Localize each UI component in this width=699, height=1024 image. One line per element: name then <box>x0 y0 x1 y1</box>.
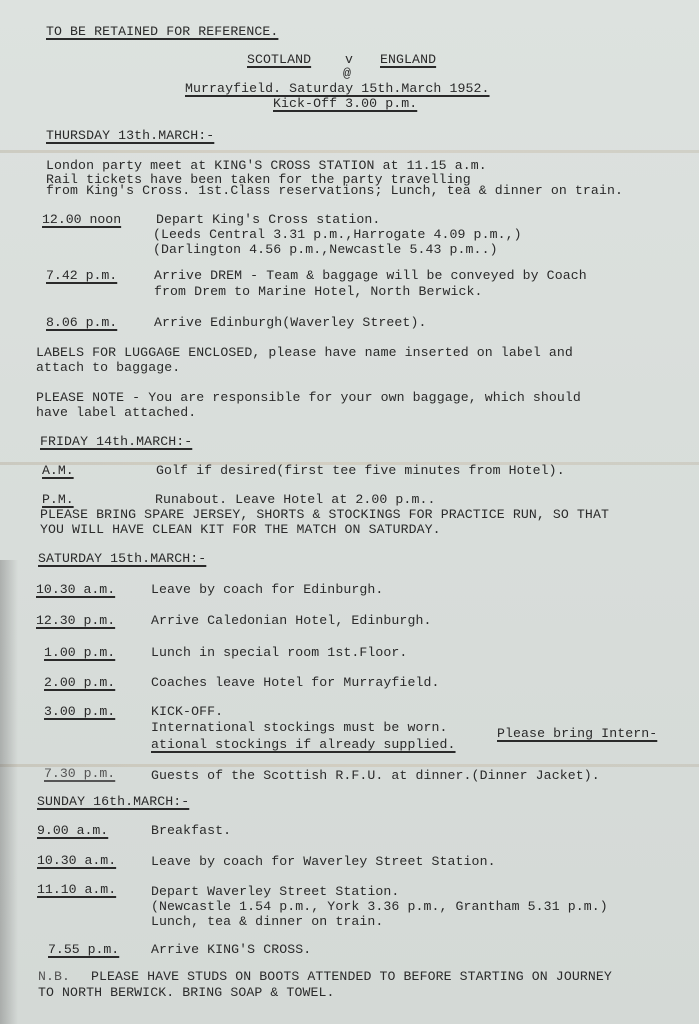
schedule-time: 7.55 p.m. <box>48 942 119 957</box>
team-home: SCOTLAND <box>247 52 311 67</box>
footer-note: PLEASE HAVE STUDS ON BOOTS ATTENDED TO B… <box>91 969 612 984</box>
day-heading-saturday: SATURDAY 15th.MARCH:- <box>38 551 206 566</box>
schedule-text: Runabout. Leave Hotel at 2.00 p.m.. <box>155 492 435 507</box>
luggage-labels-note: LABELS FOR LUGGAGE ENCLOSED, please have… <box>36 345 573 360</box>
retain-notice: TO BE RETAINED FOR REFERENCE. <box>46 24 278 39</box>
schedule-text: Lunch in special room 1st.Floor. <box>151 645 407 660</box>
schedule-text: (Darlington 4.56 p.m.,Newcastle 5.43 p.m… <box>153 242 498 257</box>
schedule-time: A.M. <box>42 463 74 478</box>
schedule-time: 3.00 p.m. <box>44 704 115 719</box>
baggage-note: PLEASE NOTE - You are responsible for yo… <box>36 390 581 405</box>
luggage-labels-note: attach to baggage. <box>36 360 180 375</box>
at-symbol: @ <box>343 66 351 81</box>
schedule-text: Leave by coach for Edinburgh. <box>151 582 383 597</box>
day-heading-thursday: THURSDAY 13th.MARCH:- <box>46 128 214 143</box>
typed-itinerary-document: TO BE RETAINED FOR REFERENCE. SCOTLAND v… <box>0 0 699 1024</box>
footer-note: TO NORTH BERWICK. BRING SOAP & TOWEL. <box>38 985 335 1000</box>
schedule-time: 12.00 noon <box>42 212 121 227</box>
schedule-text: (Leeds Central 3.31 p.m.,Harrogate 4.09 … <box>153 227 522 242</box>
schedule-time: 9.00 a.m. <box>37 823 108 838</box>
schedule-text: Arrive Caledonian Hotel, Edinburgh. <box>151 613 431 628</box>
schedule-text: Coaches leave Hotel for Murrayfield. <box>151 675 440 690</box>
schedule-text: (Newcastle 1.54 p.m., York 3.36 p.m., Gr… <box>151 899 608 914</box>
kit-note: PLEASE BRING SPARE JERSEY, SHORTS & STOC… <box>40 507 609 522</box>
schedule-text: International stockings must be worn. <box>151 720 448 735</box>
schedule-text: Guests of the Scottish R.F.U. at dinner.… <box>151 768 600 783</box>
intro-line: from King's Cross. 1st.Class reservation… <box>46 183 623 198</box>
schedule-time: 10.30 a.m. <box>37 853 116 868</box>
schedule-text: Arrive DREM - Team & baggage will be con… <box>154 268 587 283</box>
schedule-text: Arrive Edinburgh(Waverley Street). <box>154 315 426 330</box>
schedule-text: from Drem to Marine Hotel, North Berwick… <box>154 284 483 299</box>
schedule-text-underlined: Please bring Intern- <box>497 726 657 741</box>
schedule-time: 8.06 p.m. <box>46 315 117 330</box>
schedule-text: Depart King's Cross station. <box>156 212 380 227</box>
day-heading-sunday: SUNDAY 16th.MARCH:- <box>37 794 189 809</box>
intro-line: London party meet at KING'S CROSS STATIO… <box>46 158 487 173</box>
schedule-text: Depart Waverley Street Station. <box>151 884 399 899</box>
schedule-time: 11.10 a.m. <box>37 882 116 897</box>
nb-label: N.B. <box>38 969 70 984</box>
team-away: ENGLAND <box>380 52 436 67</box>
schedule-time: 10.30 a.m. <box>36 582 115 597</box>
schedule-text: KICK-OFF. <box>151 704 223 719</box>
schedule-text: Golf if desired(first tee five minutes f… <box>156 463 565 478</box>
day-heading-friday: FRIDAY 14th.MARCH:- <box>40 434 192 449</box>
schedule-text: Lunch, tea & dinner on train. <box>151 914 383 929</box>
schedule-time: 12.30 p.m. <box>36 613 115 628</box>
kickoff-time: Kick-Off 3.00 p.m. <box>273 96 417 111</box>
baggage-note: have label attached. <box>36 405 196 420</box>
schedule-time: 7.30 p.m. <box>44 766 115 781</box>
schedule-text-underlined: ational stockings if already supplied. <box>151 737 456 752</box>
kit-note: YOU WILL HAVE CLEAN KIT FOR THE MATCH ON… <box>40 522 441 537</box>
schedule-time: P.M. <box>42 492 74 507</box>
schedule-time: 7.42 p.m. <box>46 268 117 283</box>
schedule-text: Leave by coach for Waverley Street Stati… <box>151 854 496 869</box>
schedule-text: Arrive KING'S CROSS. <box>151 942 311 957</box>
schedule-time: 2.00 p.m. <box>44 675 115 690</box>
page-shadow <box>0 560 18 1024</box>
versus: v <box>345 52 353 67</box>
schedule-time: 1.00 p.m. <box>44 645 115 660</box>
schedule-text: Breakfast. <box>151 823 231 838</box>
paper-fold <box>0 150 699 153</box>
venue-date: Murrayfield. Saturday 15th.March 1952. <box>185 81 490 96</box>
